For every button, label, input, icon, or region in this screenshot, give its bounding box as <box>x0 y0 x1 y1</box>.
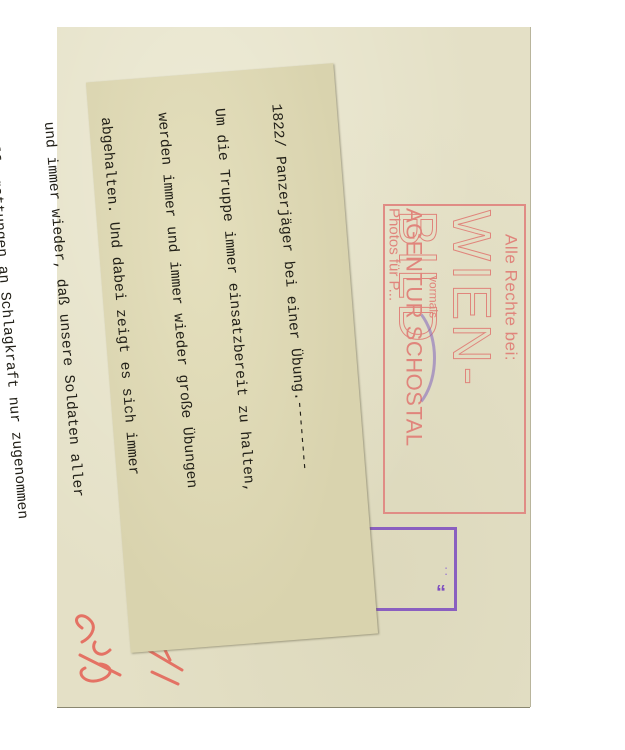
caption-line: Waffengattungen an Schlagkraft nur zugen… <box>0 125 39 625</box>
stamp-photos-for: Photos für P... <box>385 208 402 301</box>
caption-line: abgehalten. Und dabei zeigt es sich imme… <box>95 117 153 617</box>
purple-stamp-line3-right: “ <box>436 582 446 605</box>
purple-stamp-line2-right: : <box>444 562 448 578</box>
caption-line: 1822/ Panzerjäger bei einer Übung.------… <box>265 103 323 603</box>
stamp-rights-label: Alle Rechte bei: <box>500 234 520 361</box>
typed-caption-slip: 1822/ Panzerjäger bei einer Übung.------… <box>86 63 378 653</box>
caption-line: Um die Truppe immer einsatzbereit zu hal… <box>208 108 266 608</box>
circular-stamp-fragment <box>360 300 436 416</box>
caption-line: und immer wieder, daß unsere Soldaten al… <box>38 121 96 621</box>
stamp-formerly-label: vormals <box>426 276 440 318</box>
caption-text: 1822/ Panzerjäger bei einer Übung.------… <box>103 100 362 616</box>
caption-line: werden immer und immer wieder große Übun… <box>152 112 210 612</box>
